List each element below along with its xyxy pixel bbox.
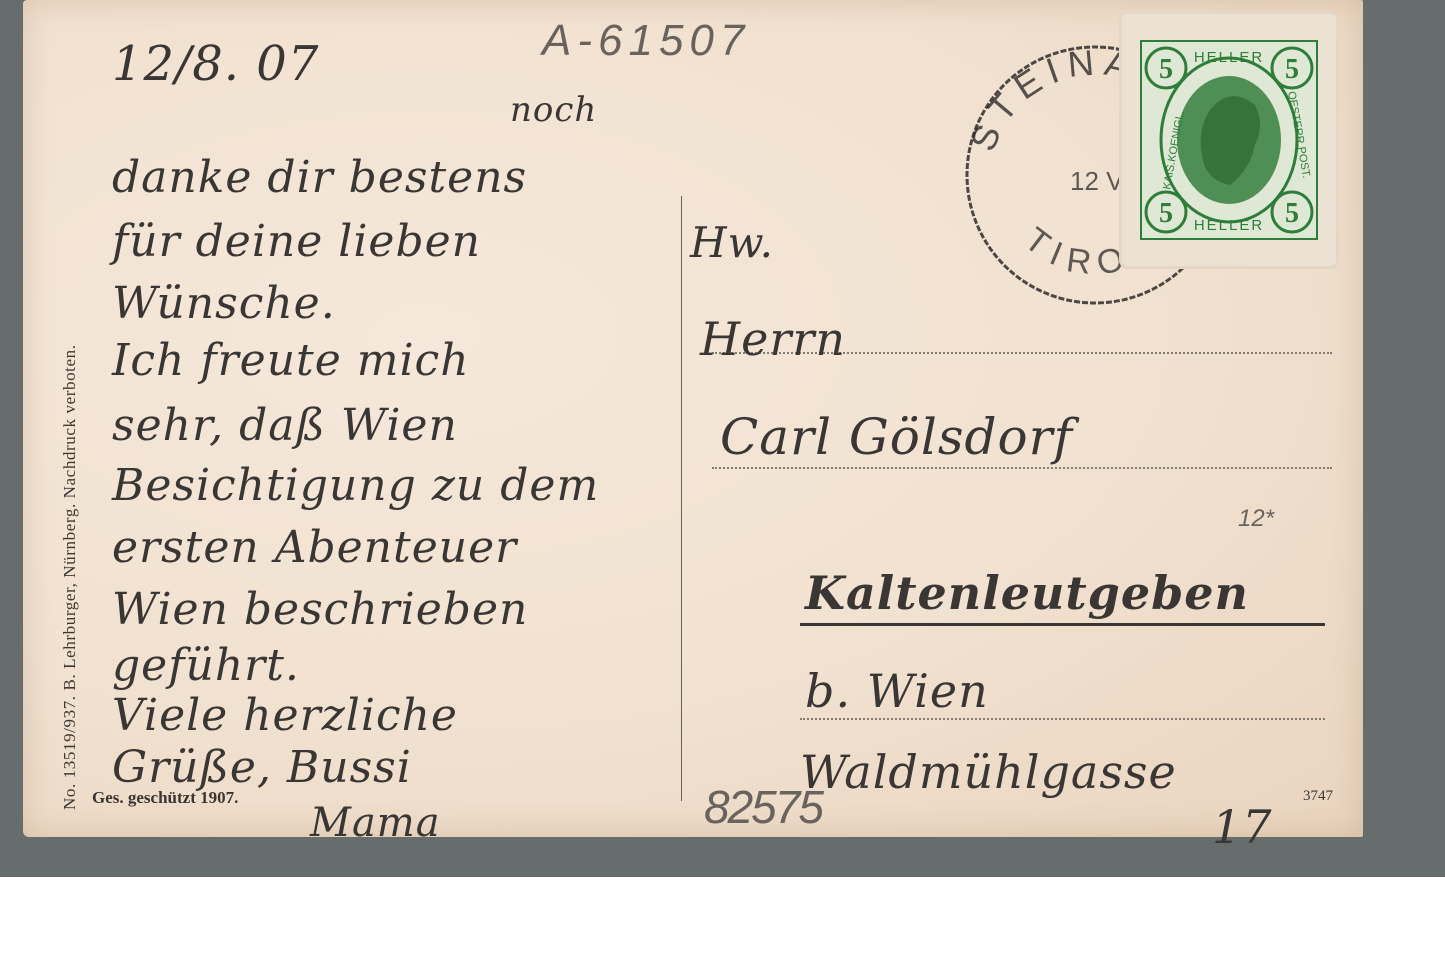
svg-text:HELLER: HELLER [1194, 49, 1264, 66]
message-date: 12/8. 07 [112, 36, 319, 92]
address-region: b. Wien [805, 664, 989, 718]
message-line: Grüße, Bussi [112, 742, 412, 793]
card-number: 3747 [1303, 788, 1333, 805]
message-line: Viele herzliche [112, 690, 458, 741]
address-pencil-note: 12* [1238, 505, 1274, 533]
svg-text:5: 5 [1159, 198, 1173, 229]
svg-text:5: 5 [1285, 54, 1299, 85]
svg-text:HELLER: HELLER [1194, 217, 1264, 234]
message-line: Besichtigung zu dem [112, 460, 599, 511]
address-street: Waldmühlgasse [800, 745, 1177, 799]
address-line-4 [800, 718, 1325, 720]
message-line: Wünsche. [112, 278, 336, 329]
address-locality: Kaltenleutgeben [805, 566, 1249, 620]
svg-text:5: 5 [1285, 198, 1299, 229]
address-title: Herrn [700, 312, 846, 366]
message-line: danke dir bestens [112, 152, 527, 203]
stamp-design: 5 5 5 5 HELLER HELLER KAIS.KOENIGL. OEST… [1140, 40, 1318, 240]
divider-line [681, 196, 682, 801]
message-line: sehr, daß Wien [112, 400, 458, 451]
message-line: Ich freute mich [112, 335, 470, 386]
address-house-number: 17 [1212, 800, 1273, 854]
message-line: für deine lieben [112, 216, 481, 267]
address-line-3 [800, 623, 1325, 626]
postage-stamp: 5 5 5 5 HELLER HELLER KAIS.KOENIGL. OEST… [1122, 14, 1336, 266]
catalog-number: A-61507 [542, 16, 750, 66]
address-line-2 [712, 467, 1332, 469]
message-line: geführt. [112, 640, 300, 691]
message-line: ersten Abenteuer [112, 522, 517, 573]
address-salutation: Hw. [690, 218, 774, 267]
svg-text:5: 5 [1159, 54, 1173, 85]
message-line: Wien beschrieben [112, 584, 528, 635]
address-name: Carl Gölsdorf [720, 408, 1073, 466]
message-line: noch [510, 90, 597, 130]
message-line: Mama [310, 800, 441, 846]
publisher-imprint: No. 13519/937. B. Lehrburger, Nürnberg. … [60, 90, 86, 810]
copyright-notice: Ges. geschützt 1907. [92, 788, 238, 808]
